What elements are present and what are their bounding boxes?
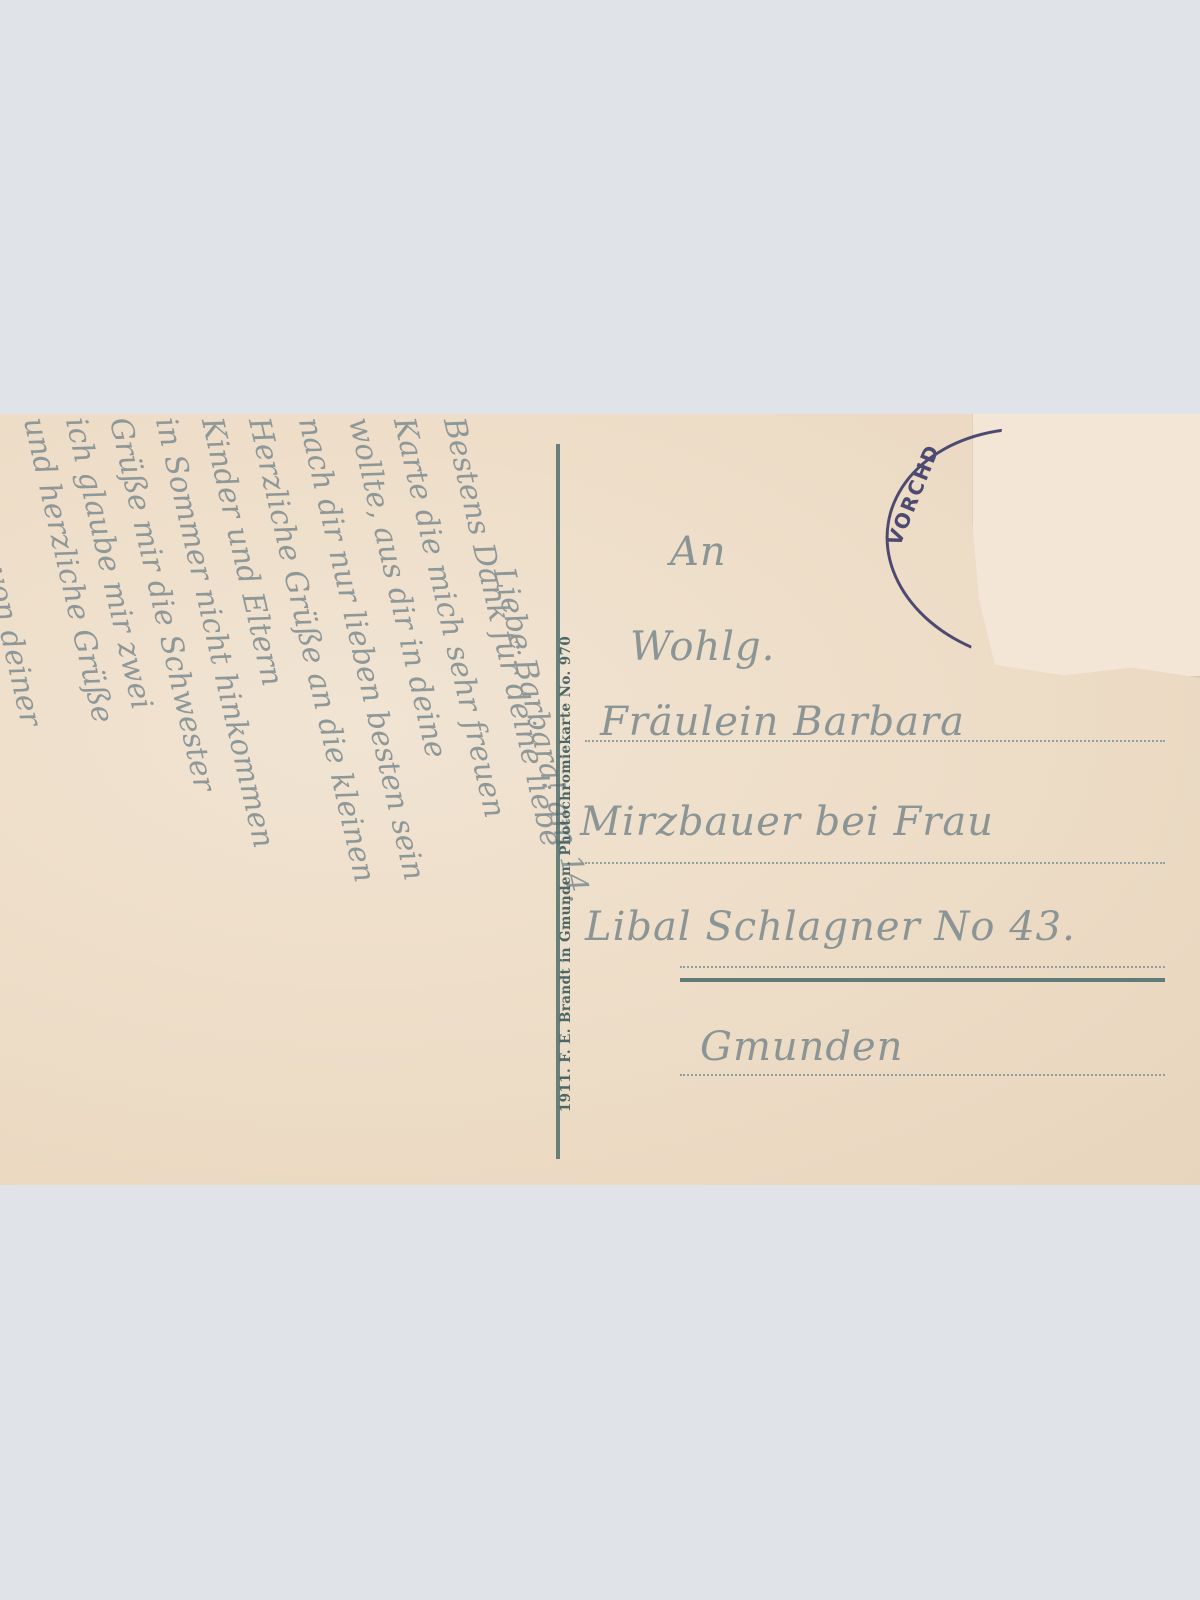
address-line-2: Fräulein Barbara (600, 699, 965, 745)
address-line-3: Mirzbauer bei Frau (580, 799, 994, 845)
address-city: Gmunden (700, 1024, 903, 1070)
address-rule (680, 966, 1165, 968)
address-rule (585, 862, 1165, 864)
torn-stamp-area (972, 414, 1200, 678)
address-rule (585, 740, 1165, 742)
address-solid-rule (680, 978, 1165, 982)
address-rule (680, 1074, 1165, 1076)
address-line-4: Libal Schlagner No 43. (585, 904, 1076, 950)
address-line-1: Wohlg. (630, 624, 775, 670)
address-salutation: An (670, 529, 727, 575)
message-line: von deiner (0, 564, 48, 730)
postcard-back: Liebe Barbara! am 14. Bestens Dank für d… (0, 414, 1200, 1185)
publisher-imprint: 1911. F. E. Brandt in Gmunden. Photochro… (558, 594, 574, 1154)
